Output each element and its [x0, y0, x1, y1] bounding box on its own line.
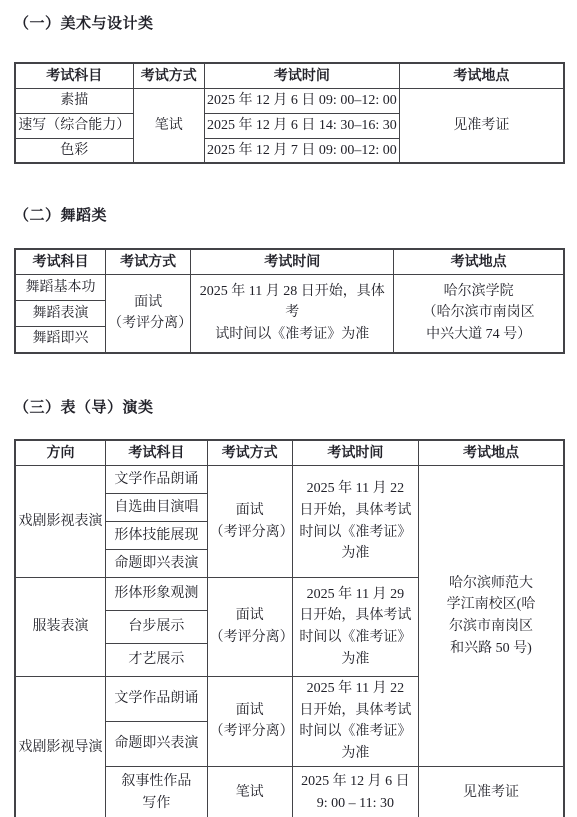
time-cell: 2025 年 11 月 28 日开始，具体考 试时间以《准考证》为准: [191, 275, 394, 353]
time-cell: 2025 年 11 月 29 日开始，具体考试 时间以《准考证》 为准: [292, 578, 418, 677]
exam-table-dance: 考试科目 考试方式 考试时间 考试地点 舞蹈基本功 面试 （考评分离） 2025…: [14, 248, 565, 353]
header-cell-method: 考试方式: [133, 63, 204, 88]
header-cell-subject: 考试科目: [15, 249, 106, 274]
direction-cell: 戏剧影视导演: [15, 677, 106, 817]
subject-cell: 命题即兴表演: [106, 550, 208, 578]
subject-cell: 叙事性作品 写作: [106, 766, 208, 817]
subject-cell: 文学作品朗诵: [106, 466, 208, 494]
subject-cell: 台步展示: [106, 611, 208, 644]
header-cell-time: 考试时间: [292, 440, 418, 466]
section-heading-performance: （三）表（导）演类: [14, 396, 565, 417]
header-cell-method: 考试方式: [106, 249, 191, 274]
header-cell-time: 考试时间: [191, 249, 394, 274]
location-cell: 哈尔滨师范大 学江南校区(哈 尔滨市南岗区 和兴路 50 号): [419, 466, 565, 767]
method-cell: 面试 （考评分离）: [207, 466, 292, 578]
header-cell-subject: 考试科目: [15, 63, 133, 88]
subject-cell: 形体形象观测: [106, 578, 208, 611]
header-cell-time: 考试时间: [204, 63, 399, 88]
document-page: （一）美术与设计类 考试科目 考试方式 考试时间 考试地点 素描 笔试 2025…: [0, 0, 577, 817]
time-cell: 2025 年 11 月 22 日开始，具体考试 时间以《准考证》 为准: [292, 466, 418, 578]
exam-table-art-design: 考试科目 考试方式 考试时间 考试地点 素描 笔试 2025 年 12 月 6 …: [14, 62, 565, 164]
subject-cell: 色彩: [15, 138, 133, 163]
subject-cell: 速写（综合能力）: [15, 113, 133, 138]
subject-cell: 形体技能展现: [106, 522, 208, 550]
table-row: 戏剧影视表演 文学作品朗诵 面试 （考评分离） 2025 年 11 月 22 日…: [15, 466, 564, 494]
subject-cell: 舞蹈表演: [15, 301, 106, 327]
time-cell: 2025 年 11 月 22 日开始，具体考试 时间以《准考证》 为准: [292, 677, 418, 767]
subject-cell: 舞蹈基本功: [15, 275, 106, 301]
subject-cell: 文学作品朗诵: [106, 677, 208, 722]
method-cell: 面试 （考评分离）: [207, 677, 292, 767]
time-cell: 2025 年 12 月 7 日 09: 00–12: 00: [204, 138, 399, 163]
direction-cell: 服装表演: [15, 578, 106, 677]
method-cell: 笔试: [207, 766, 292, 817]
method-cell: 面试 （考评分离）: [106, 275, 191, 353]
header-cell-subject: 考试科目: [106, 440, 208, 466]
header-cell-location: 考试地点: [419, 440, 565, 466]
method-cell: 笔试: [133, 88, 204, 163]
subject-cell: 舞蹈即兴: [15, 327, 106, 353]
table-header-row: 考试科目 考试方式 考试时间 考试地点: [15, 63, 564, 88]
table-row: 舞蹈基本功 面试 （考评分离） 2025 年 11 月 28 日开始，具体考 试…: [15, 275, 564, 301]
subject-cell: 命题即兴表演: [106, 721, 208, 766]
subject-cell: 素描: [15, 88, 133, 113]
section-heading-art-design: （一）美术与设计类: [14, 12, 565, 33]
header-cell-location: 考试地点: [399, 63, 564, 88]
time-cell: 2025 年 12 月 6 日 9: 00 – 11: 30: [292, 766, 418, 817]
location-cell: 见准考证: [399, 88, 564, 163]
location-cell: 哈尔滨学院 （哈尔滨市南岗区 中兴大道 74 号）: [394, 275, 564, 353]
time-cell: 2025 年 12 月 6 日 14: 30–16: 30: [204, 113, 399, 138]
header-cell-method: 考试方式: [207, 440, 292, 466]
time-cell: 2025 年 12 月 6 日 09: 00–12: 00: [204, 88, 399, 113]
subject-cell: 自选曲目演唱: [106, 494, 208, 522]
subject-cell: 才艺展示: [106, 644, 208, 677]
method-cell: 面试 （考评分离）: [207, 578, 292, 677]
table-header-row: 考试科目 考试方式 考试时间 考试地点: [15, 249, 564, 274]
header-cell-location: 考试地点: [394, 249, 564, 274]
section-heading-dance: （二）舞蹈类: [14, 204, 565, 225]
location-cell: 见准考证: [419, 766, 565, 817]
table-row: 素描 笔试 2025 年 12 月 6 日 09: 00–12: 00 见准考证: [15, 88, 564, 113]
exam-table-performance: 方向 考试科目 考试方式 考试时间 考试地点 戏剧影视表演 文学作品朗诵 面试 …: [14, 439, 565, 817]
table-header-row: 方向 考试科目 考试方式 考试时间 考试地点: [15, 440, 564, 466]
header-cell-direction: 方向: [15, 440, 106, 466]
direction-cell: 戏剧影视表演: [15, 466, 106, 578]
